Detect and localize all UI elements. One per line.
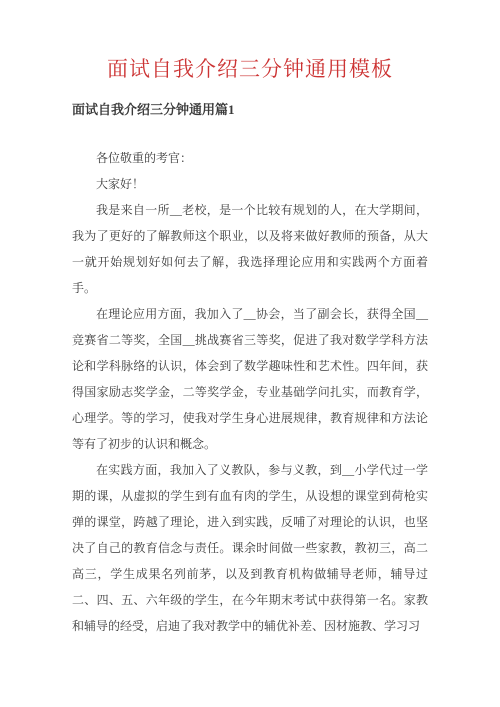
document-body: 各位敬重的考官：大家好！我是来自一所__老校，是一个比较有规划的人，在大学期间，… xyxy=(72,145,428,639)
section-heading: 面试自我介绍三分钟通用篇1 xyxy=(72,102,428,118)
paragraph: 各位敬重的考官： xyxy=(72,145,428,171)
paragraph: 大家好！ xyxy=(72,171,428,197)
paragraph: 在实践方面，我加入了义教队，参与义教，到__小学代过一学期的课，从虚拟的学生到有… xyxy=(72,457,428,639)
document-title: 面试自我介绍三分钟通用模板 xyxy=(72,56,428,84)
paragraph: 在理论应用方面，我加入了__协会，当了副会长，获得全国__竞赛省二等奖，全国__… xyxy=(72,301,428,457)
paragraph: 我是来自一所__老校，是一个比较有规划的人，在大学期间，我为了更好的了解教师这个… xyxy=(72,197,428,301)
document-page: 面试自我介绍三分钟通用模板 面试自我介绍三分钟通用篇1 各位敬重的考官：大家好！… xyxy=(0,0,500,707)
